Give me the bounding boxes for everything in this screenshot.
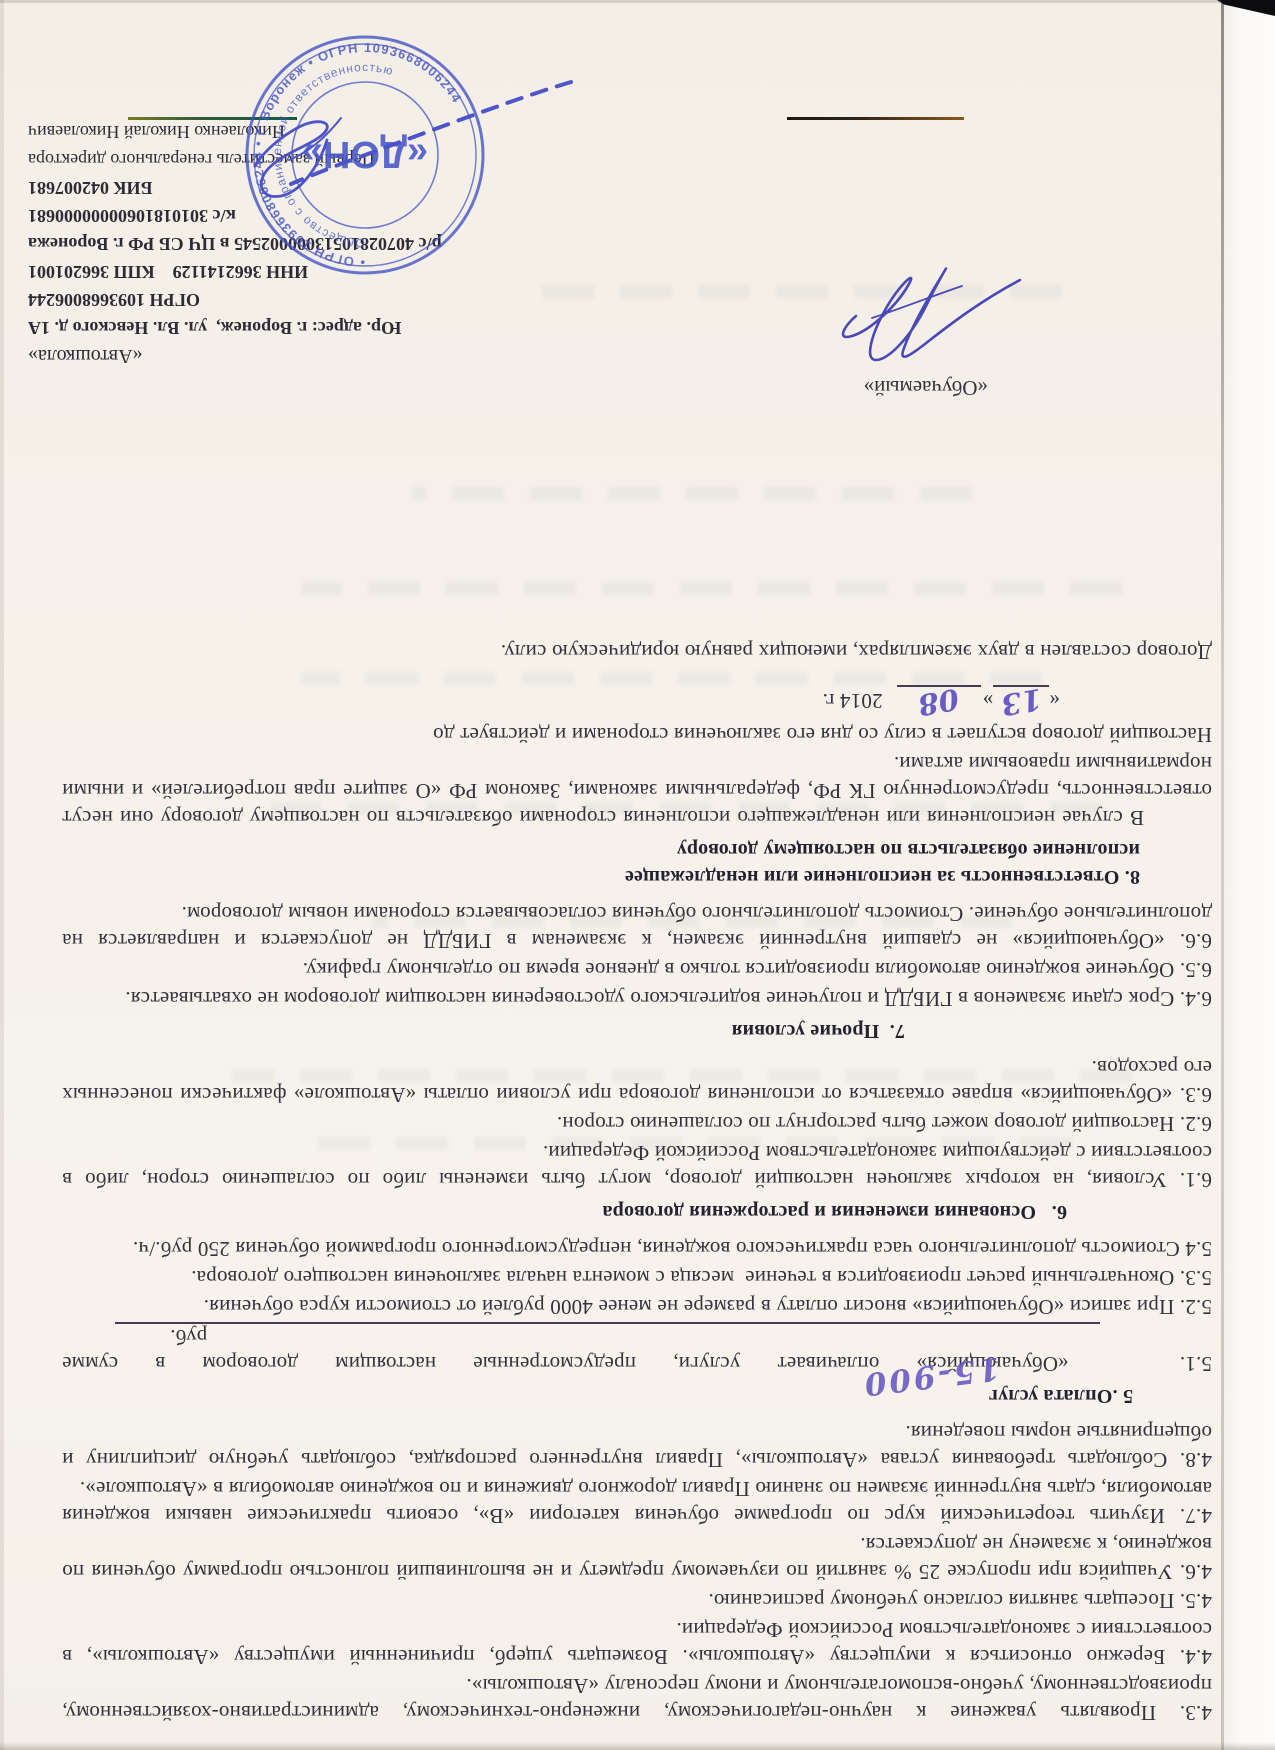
clause-5-2: 5.2. При записи «Обучающийся» вносит опл… (62, 1293, 1212, 1320)
clause-4-6: 4.6. Учащийся при пропуске 25 % занятий … (62, 1531, 1212, 1585)
school-ogrn: ОГРН 1093668006244 (28, 286, 442, 314)
quote-open: « (1049, 689, 1060, 713)
stamp-center-text: «ДОН» (302, 133, 428, 175)
clause-6-2: 6.2. Настоящий договор может быть растор… (62, 1110, 1212, 1137)
clause-5-1: 5.1. «Обучающийся» оплачивает услуги, пр… (62, 1322, 1212, 1377)
school-address: Юр. адрес: г. Воронеж, ул. Вл. Невского … (28, 314, 442, 342)
scan-top-edge (0, 0, 1222, 3)
bleedthrough-ghost (412, 487, 972, 500)
section-8-heading-line2: исполнение обязательств по настоящему до… (62, 836, 1140, 863)
contract-date-line: «13»082014 г. (62, 683, 1060, 717)
contract-year: 2014 г. (822, 689, 882, 713)
clause-5-4: 5.4 Стоимость дополнительного часа практ… (62, 1235, 1212, 1262)
clause-6-1: 6.1. Условия, на которых заключен настоя… (62, 1139, 1212, 1193)
scanned-contract-page: 4.3. Проявлять уважение к научно-педагог… (0, 0, 1275, 1750)
validity-line: Настоящий договор вступает в силу со дня… (62, 721, 1212, 748)
student-party-label: «Обучаемый» (864, 375, 988, 400)
page-edge-seam (1221, 0, 1224, 1750)
clause-4-8: 4.8. Соблюдать требования устава «Автошк… (62, 1419, 1212, 1473)
scan-edge-band (1222, 0, 1275, 1750)
clause-4-3: 4.3. Проявлять уважение к научно-педагог… (62, 1672, 1212, 1726)
paper-sheet-rotated-180: 4.3. Проявлять уважение к научно-педагог… (0, 0, 1222, 1750)
scan-bottom-edge (0, 1742, 1275, 1750)
clause-4-5: 4.5. Посещать занятия согласно учебному … (62, 1587, 1212, 1614)
clause-4-7: 4.7. Изучить теоретический курс по прогр… (62, 1475, 1212, 1529)
student-signature-line (787, 117, 964, 120)
contract-body-text: 4.3. Проявлять уважение к научно-педагог… (62, 636, 1212, 1726)
section-8-heading-line1: 8. Ответственность за неисполнение или н… (62, 863, 1140, 890)
scan-left-edge (0, 0, 4, 1750)
rub-label: руб. (170, 1325, 207, 1349)
clause-6-5: 6.5. Обучение вождению автомобиля произв… (62, 956, 1212, 983)
copies-line: Договор составлен в двух экземплярах, им… (62, 638, 1212, 665)
clause-6-6: 6.6. «Обучающийся» не сдавший внутренний… (62, 900, 1212, 954)
quote-close: » (983, 689, 994, 713)
handwritten-day: 13 (999, 685, 1044, 719)
handwritten-month-slot: 08 (897, 685, 981, 717)
section-7-heading: 7. Прочие условия (62, 1017, 905, 1044)
section-8-body: В случае неисполнения или ненадлежащего … (62, 750, 1212, 831)
handwritten-day-slot: 13 (993, 685, 1049, 717)
school-party-label: «Автошкола» (28, 342, 442, 370)
clause-5-3: 5.3. Окончательный расчет производится в… (62, 1264, 1212, 1291)
clause-6-4: 6.4. Срок сдачи экзаменов в ГИБДД и полу… (62, 985, 1212, 1012)
section-6-heading: 6. Основания изменения и расторжения дог… (62, 1198, 1067, 1225)
clause-4-4: 4.4. Бережно относиться к имуществу «Авт… (62, 1616, 1212, 1670)
student-signature (822, 258, 1022, 378)
bleedthrough-ghost (302, 582, 1122, 595)
handwritten-month: 08 (916, 685, 961, 719)
clause-5-1-text: 5.1. «Обучающийся» оплачивает услуги, пр… (62, 1350, 1212, 1377)
clause-6-3: 6.3. «Обучающийся» вправе отказаться от … (62, 1054, 1212, 1108)
sum-blank-line: руб. (115, 1322, 1100, 1350)
company-stamp: • ОГРН 1093668006244 • г. Воронеж • ОГРН… (240, 30, 490, 280)
